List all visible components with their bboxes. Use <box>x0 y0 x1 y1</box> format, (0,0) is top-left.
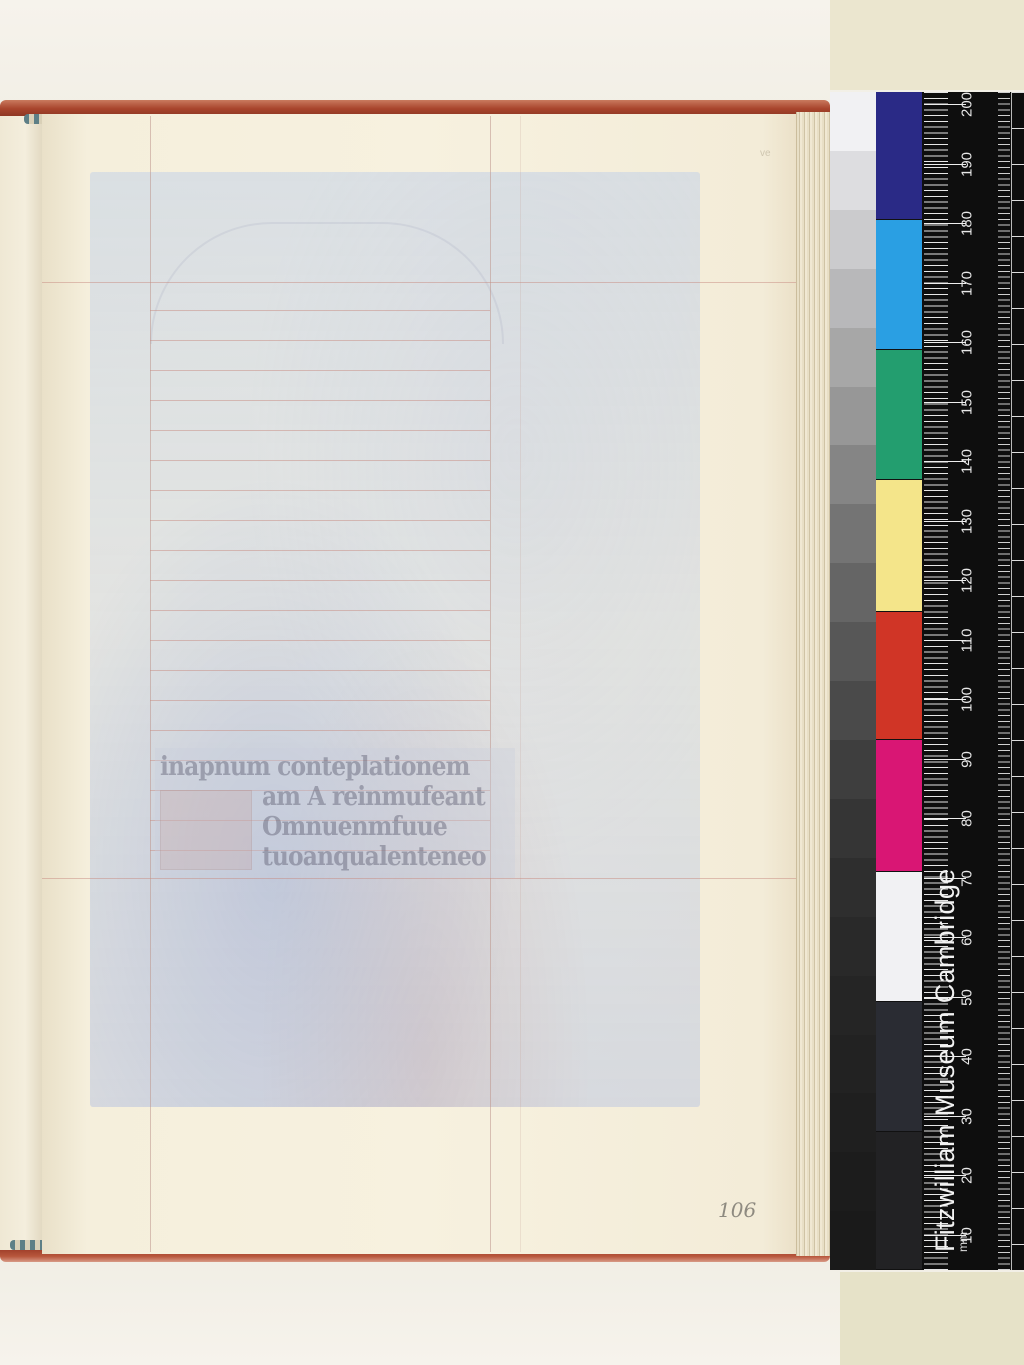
ruling-vertical-line <box>520 116 521 1252</box>
ruler-major-tick <box>924 580 966 581</box>
ruler-right-ticks <box>990 92 1010 1270</box>
grey-step <box>830 387 876 446</box>
ruler-major-tick <box>924 997 966 998</box>
ruler-major-tick <box>924 1235 966 1236</box>
ruling-vertical-line <box>490 116 491 1252</box>
ruling-horizontal-line <box>150 490 490 491</box>
ruling-horizontal-line <box>150 370 490 371</box>
ruling-horizontal-line <box>150 400 490 401</box>
ruler-major-tick <box>924 640 966 641</box>
ruler-major-tick <box>924 818 966 819</box>
ruling-horizontal-line <box>42 282 796 283</box>
ruling-horizontal-line <box>150 310 490 311</box>
ruler-major-tick <box>924 699 966 700</box>
colour-patch-blue <box>876 92 922 220</box>
mm-ruler: Fitzwilliam Museum Cambridge mm 10203040… <box>922 92 1024 1270</box>
ruler-edge-ticks <box>1011 92 1024 1270</box>
target-top-paper <box>830 0 1024 90</box>
ruling-horizontal-line <box>150 520 490 521</box>
ruler-major-tick <box>924 164 966 165</box>
colour-patch-white <box>876 872 922 1002</box>
ruling-horizontal-line <box>42 878 796 879</box>
colour-patch-red <box>876 612 922 740</box>
grey-step <box>830 976 876 1035</box>
colour-patch-strip <box>876 92 922 1270</box>
ruling-horizontal-line <box>150 430 490 431</box>
colour-patch-yellow <box>876 480 922 612</box>
colour-patch-green <box>876 350 922 480</box>
folio-number: 106 <box>718 1198 756 1222</box>
colour-patch-magenta <box>876 740 922 872</box>
ruler-number: 200 <box>959 92 976 120</box>
show-through-line-4: tuoanqualenteneo <box>262 842 486 872</box>
grey-step <box>830 799 876 858</box>
ruling-horizontal-line <box>150 610 490 611</box>
grey-step <box>830 563 876 622</box>
grey-scale-strip <box>830 92 876 1270</box>
corner-pencil-mark: ve <box>760 148 771 159</box>
grey-step <box>830 1035 876 1094</box>
ruling-horizontal-line <box>150 670 490 671</box>
ruling-horizontal-line <box>150 700 490 701</box>
ruler-major-tick <box>924 223 966 224</box>
colour-patch-black <box>876 1132 922 1270</box>
grey-step <box>830 328 876 387</box>
ruler-major-tick <box>924 1056 966 1057</box>
ruler-major-tick <box>924 342 966 343</box>
ruling-horizontal-line <box>150 550 490 551</box>
ruler-major-tick <box>924 521 966 522</box>
show-through-initial <box>160 790 252 870</box>
ruling-horizontal-line <box>150 340 490 341</box>
ruling-vertical-line <box>150 116 151 1252</box>
target-bottom-paper <box>840 1272 1024 1365</box>
ruling-horizontal-line <box>150 460 490 461</box>
ruler-major-tick <box>924 1116 966 1117</box>
show-through-line-1: inapnum conteplationem <box>160 752 470 782</box>
verso-page-edge <box>0 116 43 1250</box>
ruling-horizontal-line <box>150 580 490 581</box>
ruler-major-tick <box>924 402 966 403</box>
grey-step <box>830 151 876 210</box>
grey-step <box>830 1152 876 1211</box>
ruler-major-tick <box>924 937 966 938</box>
grey-step <box>830 504 876 563</box>
grey-step <box>830 210 876 269</box>
ruling-horizontal-line <box>150 640 490 641</box>
ruler-major-tick <box>924 759 966 760</box>
show-through-line-2: am A reinmufeant <box>262 782 485 812</box>
ruler-major-tick <box>924 878 966 879</box>
ruler-major-tick <box>924 283 966 284</box>
colour-target: Fitzwilliam Museum Cambridge mm 10203040… <box>830 92 1024 1270</box>
ruler-major-tick <box>924 461 966 462</box>
colour-patch-cyan <box>876 220 922 350</box>
grey-step <box>830 1093 876 1152</box>
brand-text: Fitzwilliam Museum Cambridge <box>930 869 961 1253</box>
ruler-major-tick <box>924 1175 966 1176</box>
grey-step <box>830 445 876 504</box>
grey-step <box>830 1211 876 1270</box>
ruler-major-tick <box>924 104 966 105</box>
grey-step <box>830 740 876 799</box>
grey-step <box>830 622 876 681</box>
grey-step <box>830 269 876 328</box>
grey-step <box>830 681 876 740</box>
grey-step <box>830 858 876 917</box>
page-edges-stack <box>796 112 831 1256</box>
show-through-line-3: Omnuenmfuue <box>262 812 447 842</box>
grey-step <box>830 92 876 151</box>
ruling-horizontal-line <box>150 730 490 731</box>
grey-step <box>830 917 876 976</box>
colour-patch-dark-grey <box>876 1002 922 1132</box>
